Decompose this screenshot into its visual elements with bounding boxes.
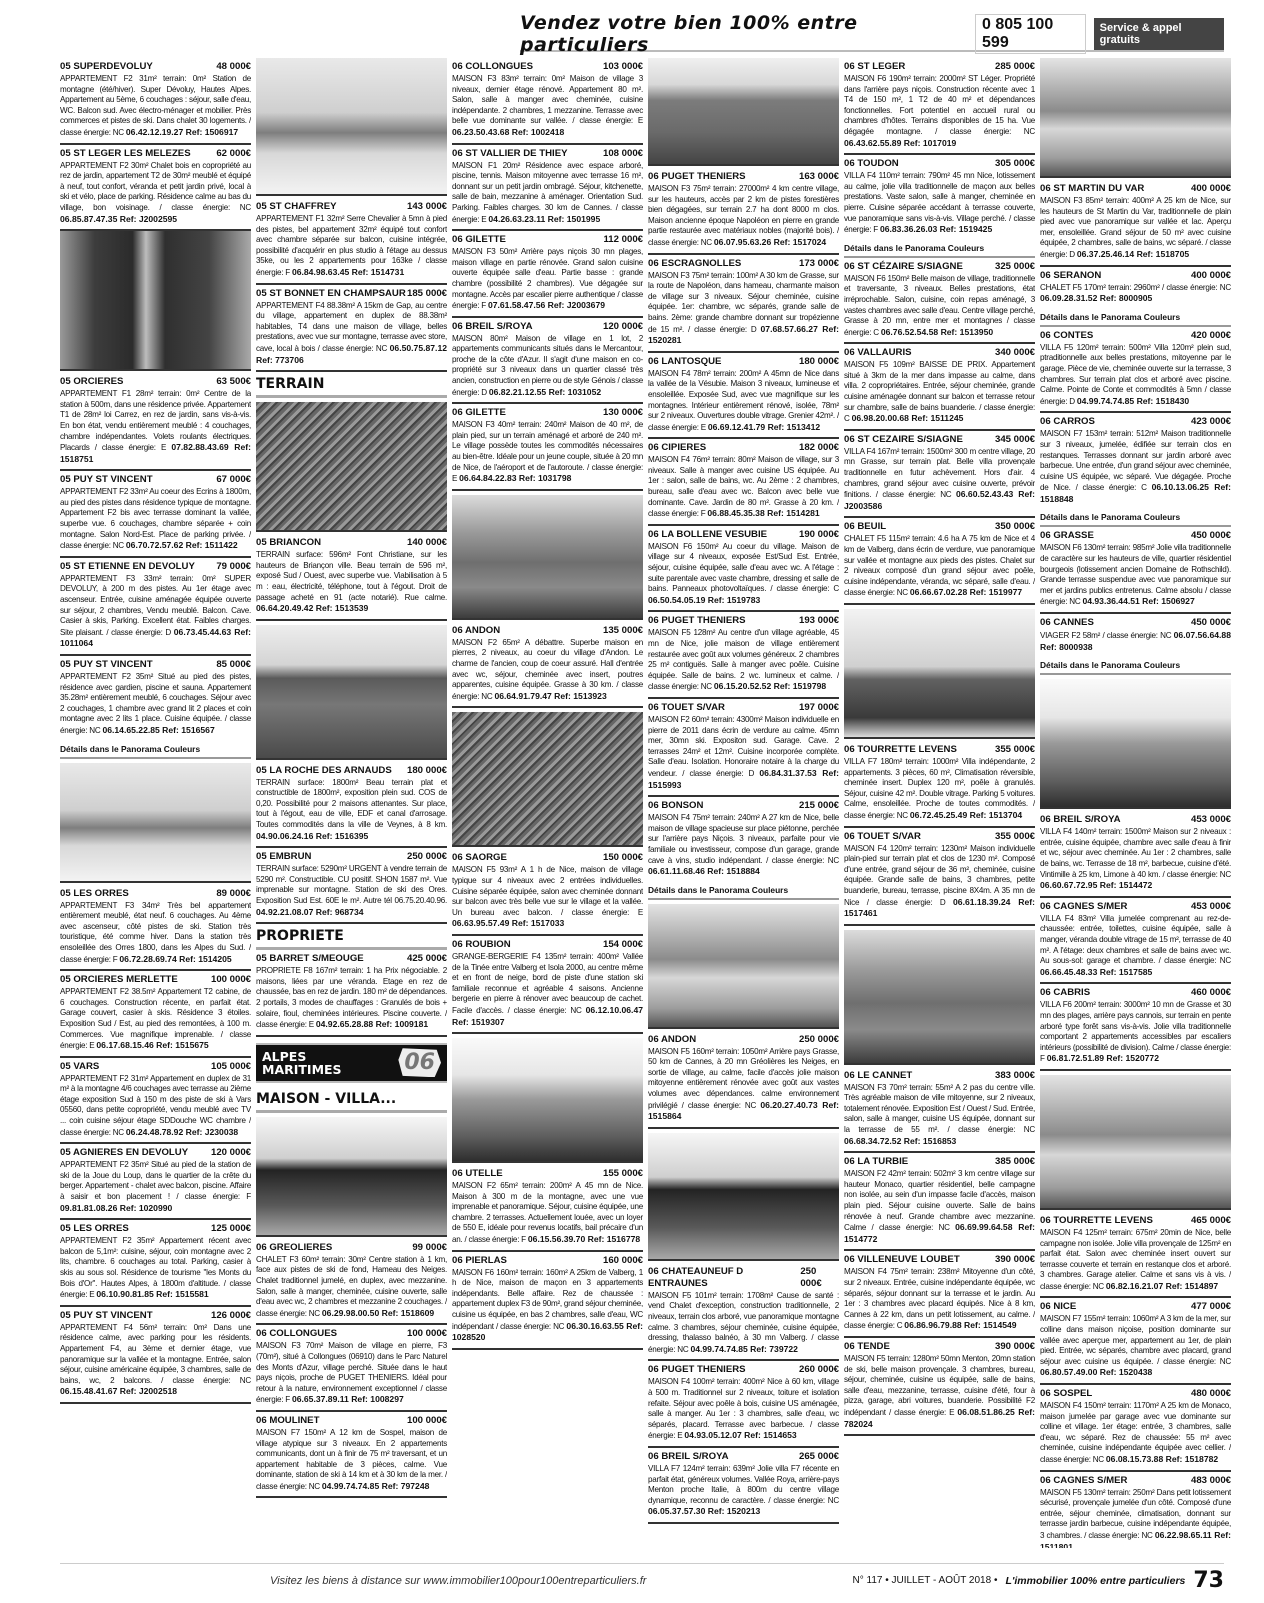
listing-contact: 04.93.05.12.07 Ref: 1514653	[684, 1430, 796, 1440]
listing-title: 05 BRIANCON	[256, 537, 321, 549]
listing-price: 215 000€	[799, 800, 839, 812]
listing[interactable]: 06 VALLAURIS340 000€MAISON F5 109m² BAIS…	[844, 344, 1035, 431]
listing-price: 140 000€	[407, 537, 447, 549]
listing[interactable]: 06 CHATEAUNEUF D ENTRAUNES250 000€MAISON…	[648, 1263, 839, 1362]
listing[interactable]: 06 PUGET THENIERS260 000€MAISON F4 100m²…	[648, 1361, 839, 1448]
listing-title: 06 CARROS	[1040, 416, 1095, 428]
listing-title: 06 TOURRETTE LEVENS	[1040, 1215, 1153, 1227]
listing-contact: 04.93.36.44.51 Ref: 1506927	[1082, 596, 1194, 606]
listing-title: 05 LES ORRES	[60, 1223, 129, 1235]
listing-title: 06 PIERLAS	[452, 1255, 507, 1267]
listing-title: 06 TOUET S/VAR	[844, 831, 921, 843]
listing-title: 06 BREIL S/ROYA	[1040, 814, 1121, 826]
listing-price: 477 000€	[1191, 1301, 1231, 1313]
listing-title: 06 ST CÉZAIRE S/SIAGNE	[844, 261, 963, 273]
listing[interactable]: 06 LA BOLLENE VESUBIE190 000€MAISON F6 1…	[648, 526, 839, 613]
listing-contact: 06.08.15.73.88 Ref: 1518782	[1106, 1454, 1218, 1464]
region-number: 06	[404, 1050, 435, 1075]
listing[interactable]: 06 BREIL S/ROYA453 000€VILLA F4 140m² te…	[1040, 811, 1231, 898]
listing[interactable]: 06 GREOLIERES99 000€CHALET F3 60m² terra…	[256, 1239, 447, 1326]
footer-issue: N° 117 • JUILLET - AOÛT 2018 •	[853, 1575, 998, 1586]
listing-photo-villa-pool	[1040, 58, 1231, 178]
details-panorama-note: Détails dans le Panorama Couleurs	[1040, 509, 1231, 527]
footer-brand: L'immobilier 100% entre particuliers	[1005, 1575, 1185, 1587]
listing[interactable]: 06 TOURRETTE LEVENS465 000€MAISON F4 125…	[1040, 1212, 1231, 1299]
listing-price: 143 000€	[407, 201, 447, 213]
listing-price: 355 000€	[995, 744, 1035, 756]
listing-title: 06 CIPIERES	[648, 442, 706, 454]
listing-description: MAISON F3 83m² terrain: 0m² Maison de vi…	[452, 74, 643, 125]
listing-price: 190 000€	[799, 529, 839, 541]
listing-price: 453 000€	[1191, 814, 1231, 826]
listing-title: 06 BONSON	[648, 800, 703, 812]
listing-price: 480 000€	[1191, 1388, 1231, 1400]
listing-title: 06 PUGET THENIERS	[648, 1364, 746, 1376]
listing[interactable]: 06 NICE477 000€MAISON F7 155m² terrain: …	[1040, 1298, 1231, 1385]
listing[interactable]: 05 LES ORRES89 000€APPARTEMENT F3 34m² T…	[60, 885, 251, 972]
listing-price: 260 000€	[799, 1364, 839, 1376]
listing-price: 193 000€	[799, 615, 839, 627]
listing-contact: 06.83.36.26.03 Ref: 1519425	[880, 224, 992, 234]
listing-description: MAISON F6 150m² Au coeur du village. Mai…	[648, 542, 839, 593]
listing-contact: 06.70.72.57.62 Ref: 1511422	[126, 540, 238, 550]
listing-contact: 06.07.95.63.26 Ref: 1517024	[714, 237, 826, 247]
listing-photo-white-villa	[1040, 1075, 1231, 1210]
listing[interactable]: 06 PUGET THENIERS163 000€MAISON F3 75m² …	[648, 168, 839, 255]
listing-contact: 06.86.96.79.88 Ref: 1514549	[904, 1320, 1016, 1330]
listing-title: 06 ANDON	[648, 1034, 696, 1046]
listing-price: 67 000€	[216, 474, 251, 486]
region-banner-line1: ALPES	[262, 1050, 342, 1063]
page-footer: Visitez les biens à distance sur www.imm…	[60, 1563, 1224, 1593]
listing-title: 05 PUY ST VINCENT	[60, 659, 153, 671]
listing[interactable]: 06 ST CÉZAIRE S/SIAGNE325 000€MAISON F6 …	[844, 258, 1035, 345]
listing[interactable]: 06 ST LEGER285 000€MAISON F6 190m² terra…	[844, 58, 1035, 155]
listing-photo-building-snow	[256, 58, 447, 196]
listing-description: MAISON F4 75m² terrain: 240m² A 27 km de…	[648, 813, 839, 864]
listing-title: 05 ST ETIENNE EN DEVOLUY	[60, 561, 195, 573]
listing[interactable]: 05 BRIANCON140 000€TERRAIN surface: 596m…	[256, 534, 447, 621]
listing-contact: 06.81.72.51.89 Ref: 1520772	[1047, 1053, 1159, 1063]
listing-price: 63 500€	[216, 376, 251, 388]
listing-photo-garden	[452, 1038, 643, 1163]
listing[interactable]: 06 GILETTE130 000€MAISON F3 40m² terrain…	[452, 404, 643, 491]
listing-title: 05 ST CHAFFREY	[256, 201, 337, 213]
listing-price: 155 000€	[603, 1168, 643, 1180]
listing[interactable]: 06 SOSPEL480 000€MAISON F4 150m² terrain…	[1040, 1385, 1231, 1472]
listing[interactable]: 05 ST LEGER LES MELEZES62 000€APPARTEMEN…	[60, 145, 251, 232]
listing-price: 163 000€	[799, 171, 839, 183]
listing-contact: 06.65.37.89.11 Ref: 1008297	[292, 1394, 404, 1404]
listing-price: 483 000€	[1191, 1475, 1231, 1487]
listing-price: 465 000€	[1191, 1215, 1231, 1227]
listing[interactable]: 06 PIERLAS160 000€MAISON F6 160m² terrai…	[452, 1252, 643, 1350]
listing-price: 450 000€	[1191, 530, 1231, 542]
listing-contact: 06.72.28.69.74 Ref: 1514205	[119, 954, 231, 964]
listing-description: MAISON F3 70m² terrain: 55m² A 2 pas du …	[844, 1083, 1035, 1134]
listing[interactable]: 06 ANDON250 000€MAISON F5 160m² terrain:…	[648, 1031, 839, 1129]
listing-title: 06 SAORGE	[452, 852, 507, 864]
page-header: Vendez votre bien 100% entre particulier…	[520, 22, 1224, 52]
listing[interactable]: 05 LES ORRES125 000€APPARTEMENT F2 35m² …	[60, 1220, 251, 1307]
details-panorama-note: Détails dans le Panorama Couleurs	[1040, 309, 1231, 327]
listing-title: 06 TOUET S/VAR	[648, 702, 725, 714]
listing-title: 05 PUY ST VINCENT	[60, 1310, 153, 1322]
listing-price: 100 000€	[407, 1328, 447, 1340]
listing[interactable]: 06 ST CEZAIRE S/SIAGNE345 000€VILLA F4 1…	[844, 431, 1035, 519]
listing[interactable]: 06 CAGNES S/MER483 000€MAISON F5 130m² t…	[1040, 1472, 1231, 1548]
listing-contact: 06.76.52.54.58 Ref: 1513950	[881, 327, 993, 337]
listing-title: 06 UTELLE	[452, 1168, 503, 1180]
listing-title: 05 BARRET S/MEOUGE	[256, 953, 364, 965]
listing[interactable]: 06 LANTOSQUE180 000€MAISON F4 78m² terra…	[648, 353, 839, 440]
listing-title: 06 ST LEGER	[844, 61, 905, 73]
listing-contact: 06.82.16.21.07 Ref: 1514897	[1106, 1281, 1218, 1291]
listing[interactable]: 06 SAORGE150 000€MAISON F5 93m² A 1 h de…	[452, 849, 643, 936]
listing-price: 390 000€	[995, 1254, 1035, 1266]
listing-contact: 04.99.74.74.85 Ref: 797248	[322, 1481, 430, 1491]
listing-contact: 06.64.84.22.83 Ref: 1031798	[459, 473, 571, 483]
listing[interactable]: 06 ESCRAGNOLLES173 000€MAISON F3 75m² te…	[648, 255, 839, 353]
listing-description: CHALET F5 170m² terrain: 2960m² / classe…	[1040, 283, 1231, 292]
listing-contact: 06.17.68.15.46 Ref: 1515675	[96, 1040, 208, 1050]
listing[interactable]: 06 TOURRETTE LEVENS355 000€VILLA F7 180m…	[844, 741, 1035, 828]
listing-contact: 06.43.62.55.89 Ref: 1017019	[844, 138, 956, 148]
listing-contact: 06.66.67.02.28 Ref: 1519977	[910, 587, 1022, 597]
listing[interactable]: 06 BREIL S/ROYA120 000€MAISON 80m² Maiso…	[452, 318, 643, 405]
listing-title: 05 SUPERDEVOLUY	[60, 61, 153, 73]
listing-price: 197 000€	[799, 702, 839, 714]
listing-contact: 06.72.45.25.49 Ref: 1513704	[910, 810, 1022, 820]
listing-contact: 06.09.28.31.52 Ref: 8000905	[1040, 293, 1152, 303]
listing-price: 305 000€	[995, 158, 1035, 170]
listing-title: 06 CHATEAUNEUF D ENTRAUNES	[648, 1266, 800, 1290]
listing[interactable]: 06 CABRIS460 000€VILLA F6 200m² terrain:…	[1040, 984, 1231, 1071]
listing[interactable]: 06 UTELLE155 000€MAISON F2 65m² terrain:…	[452, 1165, 643, 1252]
listing-contact: 04.26.63.23.11 Ref: 1501995	[488, 214, 600, 224]
listing-photo-mountain	[648, 58, 839, 166]
listing[interactable]: 06 LA TURBIE385 000€MAISON F2 42m² terra…	[844, 1153, 1035, 1251]
column-5: 06 ST LEGER285 000€MAISON F6 190m² terra…	[844, 58, 1035, 1548]
listing-title: 06 GILETTE	[452, 407, 506, 419]
listing-description: VILLA F7 124m² terrain: 639m² Jolie vill…	[648, 1464, 839, 1505]
listing-price: 154 000€	[603, 939, 643, 951]
listing-price: 180 000€	[407, 765, 447, 777]
listing-description: MAISON F6 190m² terrain: 2000m² ST Léger…	[844, 74, 1035, 136]
listing[interactable]: 06 LE CANNET383 000€MAISON F3 70m² terra…	[844, 1067, 1035, 1154]
listing-price: 390 000€	[995, 1341, 1035, 1353]
listing[interactable]: 05 SUPERDEVOLUY48 000€APPARTEMENT F2 31m…	[60, 58, 251, 145]
listing-title: 06 BEUIL	[844, 521, 886, 533]
listing-title: 06 MOULINET	[256, 1415, 319, 1427]
listing[interactable]: 06 COLLONGUES103 000€MAISON F3 83m² terr…	[452, 58, 643, 145]
listing-photo-stone-house	[452, 495, 643, 620]
listing-title: 06 ST MARTIN DU VAR	[1040, 183, 1144, 195]
listing-price: 460 000€	[1191, 987, 1231, 999]
listing[interactable]: 05 ORCIERES63 500€APPARTEMENT F1 28m² te…	[60, 373, 251, 471]
listing[interactable]: 06 CANNES450 000€VIAGER F2 58m² / classe…	[1040, 614, 1231, 657]
listing-description: APPARTEMENT F2 35m² Situé au pied de la …	[60, 1160, 251, 1201]
listing-title: 06 BREIL S/ROYA	[452, 321, 533, 333]
listing-price: 100 000€	[407, 1415, 447, 1427]
listing-price: 420 000€	[1191, 330, 1231, 342]
listing-photo-house-trees	[1040, 679, 1231, 809]
section-heading-maison-villa: MAISON - VILLA...	[256, 1087, 447, 1113]
listing-title: 06 GRASSE	[1040, 530, 1094, 542]
listing-description: TERRAIN surface: 5290m² URGENT à vendre …	[256, 864, 447, 905]
details-panorama-note: Détails dans le Panorama Couleurs	[60, 741, 251, 759]
listing-contact: 07.61.58.47.56 Ref: J2003679	[488, 300, 605, 310]
listing-title: 06 VALLAURIS	[844, 347, 912, 359]
listing-title: 06 ROUBION	[452, 939, 511, 951]
listing[interactable]: 06 SERANON400 000€CHALET F5 170m² terrai…	[1040, 267, 1231, 309]
listing-price: 355 000€	[995, 831, 1035, 843]
listing-description: MAISON F5 93m² A 1 h de Nice, maison de …	[452, 865, 643, 916]
listing-title: 05 AGNIERES EN DEVOLUY	[60, 1147, 188, 1159]
listing-contact: 04.92.65.28.88 Ref: 1009181	[316, 1019, 428, 1029]
listing[interactable]: 06 TOUET S/VAR355 000€MAISON F4 120m² te…	[844, 828, 1035, 926]
listing[interactable]: 06 CAGNES S/MER453 000€VILLA F4 83m² Vil…	[1040, 898, 1231, 985]
listing-title: 06 CAGNES S/MER	[1040, 901, 1127, 913]
listing-contact: 06.64.91.79.47 Ref: 1513923	[494, 691, 606, 701]
listing[interactable]: 06 BEUIL350 000€CHALET F5 115m² terrain:…	[844, 518, 1035, 605]
listing[interactable]: 06 TOUET S/VAR197 000€MAISON F2 60m² ter…	[648, 699, 839, 797]
region-banner-line2: MARITIMES	[262, 1063, 342, 1076]
listing-price: 250 000€	[800, 1266, 839, 1290]
listing-price: 182 000€	[799, 442, 839, 454]
listing-price: 125 000€	[211, 1223, 251, 1235]
listing[interactable]: 06 BREIL S/ROYA265 000€VILLA F7 124m² te…	[648, 1448, 839, 1524]
service-badge: Service & appel gratuits	[1094, 18, 1224, 50]
listing-title: 05 ST LEGER LES MELEZES	[60, 148, 191, 160]
listing-title: 06 BREIL S/ROYA	[648, 1451, 729, 1463]
listing-contact: 04.99.74.74.85 Ref: 739722	[690, 1344, 798, 1354]
listing-contact: 06.61.11.68.46 Ref: 1518884	[648, 866, 760, 876]
column-3: 06 COLLONGUES103 000€MAISON F3 83m² terr…	[452, 58, 643, 1548]
listing-photo-aerial-town	[256, 402, 447, 532]
listing-contact: 09.81.81.08.26 Ref: 1020990	[60, 1203, 172, 1213]
listing-title: 06 TOUDON	[844, 158, 899, 170]
listing[interactable]: 05 ST BONNET EN CHAMPSAUR185 000€APPARTE…	[256, 285, 447, 373]
listing-contact: 06.15.56.39.70 Ref: 1516778	[528, 1234, 640, 1244]
listing-title: 06 TOURRETTE LEVENS	[844, 744, 957, 756]
listing-price: 48 000€	[216, 61, 251, 73]
listing-title: 06 CABRIS	[1040, 987, 1090, 999]
listing-title: 06 PUGET THENIERS	[648, 615, 746, 627]
section-heading-terrain: TERRAIN	[256, 372, 447, 398]
listing-title: 05 LES ORRES	[60, 888, 129, 900]
header-slogan: Vendez votre bien 100% entre particulier…	[520, 12, 967, 56]
listing-title: 06 TENDE	[844, 1341, 890, 1353]
listing[interactable]: 05 PUY ST VINCENT126 000€APPARTEMENT F4 …	[60, 1307, 251, 1404]
listing-price: 103 000€	[603, 61, 643, 73]
listing-price: 108 000€	[603, 148, 643, 160]
listing-contact: 06.10.90.81.85 Ref: 1515581	[96, 1289, 208, 1299]
section-heading-propriete: PROPRIETE	[256, 924, 447, 950]
listing[interactable]: 06 ST VALLIER DE THIEY108 000€MAISON F1 …	[452, 145, 643, 232]
listing-title: 06 LANTOSQUE	[648, 356, 721, 368]
listing-title: 05 ST BONNET EN CHAMPSAUR	[256, 288, 406, 300]
listing[interactable]: 06 GILETTE112 000€MAISON F3 50m² Arrière…	[452, 231, 643, 318]
listing-price: 85 000€	[216, 659, 251, 671]
listing-photo-wooden-chalet	[648, 1133, 839, 1261]
listing-price: 400 000€	[1191, 183, 1231, 195]
listing-contact: 06.50.54.05.19 Ref: 1519783	[648, 595, 760, 605]
listing-price: 340 000€	[995, 347, 1035, 359]
listing-title: 06 ST CEZAIRE S/SIAGNE	[844, 434, 963, 446]
listing-photo-hillside-village	[452, 712, 643, 847]
listing-contact: 06.84.98.63.45 Ref: 1514731	[292, 267, 404, 277]
listing-contact: 04.90.06.24.16 Ref: 1516395	[256, 831, 368, 841]
listing-contact: 06.29.98.00.50 Ref: 1518609	[322, 1308, 434, 1318]
listing-price: 79 000€	[216, 561, 251, 573]
listing-title: 06 GILETTE	[452, 234, 506, 246]
listing-contact: 06.42.12.19.27 Ref: 1506917	[126, 127, 238, 137]
listing[interactable]: 06 MOULINET100 000€MAISON F7 150m² A 12 …	[256, 1412, 447, 1499]
listing-contact: 06.23.50.43.68 Ref: 1002418	[452, 127, 564, 137]
listing-contact: 06.15.48.41.67 Ref: J2002518	[60, 1386, 177, 1396]
listing[interactable]: 06 CIPIERES182 000€MAISON F4 76m² terrai…	[648, 439, 839, 526]
listing-contact: 06.05.37.57.30 Ref: 1520213	[648, 1506, 760, 1516]
listing-title: 06 ANDON	[452, 625, 500, 637]
listing[interactable]: 06 TOUDON305 000€VILLA F4 110m² terrain:…	[844, 155, 1035, 240]
header-phone[interactable]: 0 805 100 599	[975, 14, 1086, 54]
listing-description: VILLA F4 83m² Villa jumelée comprenant a…	[1040, 914, 1231, 965]
column-2: 05 ST CHAFFREY143 000€APPARTEMENT F1 32m…	[256, 58, 447, 1548]
listing-price: 112 000€	[604, 234, 644, 246]
listing-price: 185 000€	[407, 288, 447, 300]
listing[interactable]: 05 AGNIERES EN DEVOLUY120 000€APPARTEMEN…	[60, 1144, 251, 1220]
listing-description: TERRAIN surface: 1800m² Beau terrain pla…	[256, 778, 447, 829]
listing-price: 285 000€	[995, 61, 1035, 73]
listing-title: 06 SOSPEL	[1040, 1388, 1092, 1400]
listing-contact: 06.63.95.57.49 Ref: 1517033	[452, 918, 564, 928]
listing[interactable]: 05 VARS105 000€APPARTEMENT F2 31m² Appar…	[60, 1058, 251, 1145]
listing-photo-ski-resort	[60, 763, 251, 883]
listing-contact: 04.99.74.74.85 Ref: 1518430	[1077, 396, 1189, 406]
listing-contact: 04.92.21.08.07 Ref: 968734	[256, 907, 364, 917]
listing[interactable]: 06 ST MARTIN DU VAR400 000€MAISON F3 85m…	[1040, 180, 1231, 267]
listing-title: 06 CONTES	[1040, 330, 1093, 342]
details-panorama-note: Détails dans le Panorama Couleurs	[648, 882, 839, 900]
listing-price: 180 000€	[799, 356, 839, 368]
listing-contact: 06.85.87.47.35 Ref: J2002595	[60, 214, 177, 224]
listing-price: 89 000€	[216, 888, 251, 900]
listing-contact: 06.24.48.78.92 Ref: J230038	[126, 1127, 238, 1137]
listing-title: 06 ESCRAGNOLLES	[648, 258, 741, 270]
listing-contact: 06.37.25.46.14 Ref: 1518705	[1077, 249, 1189, 259]
listing[interactable]: 06 ROUBION154 000€GRANGE-BERGERIE F4 135…	[452, 936, 643, 1034]
listing[interactable]: 06 CARROS423 000€MAISON F7 153m² terrain…	[1040, 413, 1231, 509]
listing-title: 06 COLLONGUES	[256, 1328, 337, 1340]
listing[interactable]: 05 ST ETIENNE EN DEVOLUY79 000€APPARTEME…	[60, 558, 251, 656]
listing-title: 06 CANNES	[1040, 617, 1094, 629]
listing-title: 06 LA BOLLENE VESUBIE	[648, 529, 767, 541]
listing[interactable]: 06 PUGET THENIERS193 000€MAISON F5 128m²…	[648, 612, 839, 699]
listing[interactable]: 05 BARRET S/MEOUGE425 000€PROPRIETE F8 1…	[256, 950, 447, 1037]
listing[interactable]: 05 ORCIERES MERLETTE100 000€APPARTEMENT …	[60, 971, 251, 1058]
listing-price: 250 000€	[799, 1034, 839, 1046]
listing-title: 05 ORCIERES MERLETTE	[60, 974, 178, 986]
listing-contact: 06.69.12.41.79 Ref: 1513412	[708, 422, 820, 432]
listing-title: 06 GREOLIERES	[256, 1242, 332, 1254]
listing-description: MAISON F7 155m² terrain: 1060m² A 3 km d…	[1040, 1314, 1231, 1365]
listing-title: 06 COLLONGUES	[452, 61, 533, 73]
listing[interactable]: 06 CONTES420 000€VILLA F5 120m² terrain:…	[1040, 327, 1231, 414]
france-map-icon: 06	[398, 1048, 441, 1077]
listing-price: 250 000€	[407, 851, 447, 863]
listing-title: 06 VILLENEUVE LOUBET	[844, 1254, 960, 1266]
listing[interactable]: 05 PUY ST VINCENT67 000€APPARTEMENT F2 3…	[60, 471, 251, 558]
listing[interactable]: 06 TENDE390 000€MAISON F5 terrain: 1280m…	[844, 1338, 1035, 1436]
listing[interactable]: 05 ST CHAFFREY143 000€APPARTEMENT F1 32m…	[256, 198, 447, 285]
listing-price: 383 000€	[995, 1070, 1035, 1082]
listing[interactable]: 06 BONSON215 000€MAISON F4 75m² terrain:…	[648, 797, 839, 882]
column-4: 06 PUGET THENIERS163 000€MAISON F3 75m² …	[648, 58, 839, 1548]
listing-photo-chalet	[256, 1117, 447, 1237]
listing-price: 100 000€	[211, 974, 251, 986]
listing-price: 425 000€	[407, 953, 447, 965]
listing-price: 120 000€	[603, 321, 643, 333]
listing-price: 350 000€	[995, 521, 1035, 533]
listing-photo-apartment-door	[60, 231, 251, 371]
listing-price: 135 000€	[603, 625, 643, 637]
listing-photo-village-house	[648, 904, 839, 1029]
listing-description: APPARTEMENT F4 56m² terrain: 0m² Dans un…	[60, 1323, 251, 1385]
listing-price: 400 000€	[1191, 270, 1231, 282]
listing-contact: 06.88.45.35.38 Ref: 1514281	[707, 508, 819, 518]
footer-website[interactable]: Visitez les biens à distance sur www.imm…	[270, 1575, 646, 1587]
listing[interactable]: 06 GRASSE450 000€MAISON F6 130m² terrain…	[1040, 527, 1231, 614]
listing-contact: 06.66.45.48.33 Ref: 1517585	[1040, 967, 1152, 977]
listing-title: 06 LA TURBIE	[844, 1156, 908, 1168]
listing-contact: 06.14.65.22.85 Ref: 1516567	[102, 725, 214, 735]
listing[interactable]: 06 COLLONGUES100 000€MAISON F3 70m² Mais…	[256, 1325, 447, 1412]
listing-price: 173 000€	[799, 258, 839, 270]
listing[interactable]: 05 PUY ST VINCENT85 000€APPARTEMENT F2 3…	[60, 656, 251, 741]
listing[interactable]: 06 ANDON135 000€MAISON F2 65m² A débattr…	[452, 622, 643, 709]
listing-title: 05 LA ROCHE DES ARNAUDS	[256, 765, 392, 777]
listing-photo-interior	[844, 609, 1035, 739]
listing-photo-field	[256, 625, 447, 760]
listing[interactable]: 05 LA ROCHE DES ARNAUDS180 000€TERRAIN s…	[256, 762, 447, 849]
listing-price: 325 000€	[995, 261, 1035, 273]
listing[interactable]: 05 EMBRUN250 000€TERRAIN surface: 5290m²…	[256, 848, 447, 924]
listing-price: 120 000€	[211, 1147, 251, 1159]
listing-contact: 06.98.20.00.68 Ref: 1511245	[852, 413, 964, 423]
listing-contact: 06.82.21.12.55 Ref: 1031052	[489, 387, 601, 397]
listing-contact: 06.60.67.72.95 Ref: 1514472	[1040, 880, 1152, 890]
listing-contact: 06.15.20.52.52 Ref: 1519798	[714, 681, 826, 691]
listing-price: 160 000€	[603, 1255, 643, 1267]
listing-photo-provencal-house	[844, 930, 1035, 1065]
listing-price: 99 000€	[412, 1242, 447, 1254]
listing-title: 05 PUY ST VINCENT	[60, 474, 153, 486]
listing-title: 06 SERANON	[1040, 270, 1101, 282]
listing-title: 05 VARS	[60, 1061, 99, 1073]
listing-price: 265 000€	[799, 1451, 839, 1463]
listing[interactable]: 06 VILLENEUVE LOUBET390 000€MAISON F4 75…	[844, 1251, 1035, 1338]
details-panorama-note: Détails dans le Panorama Couleurs	[844, 240, 1035, 258]
listing-price: 345 000€	[995, 434, 1035, 446]
listing-contact: 06.80.57.49.00 Ref: 1520438	[1040, 1367, 1152, 1377]
listing-title: 05 EMBRUN	[256, 851, 311, 863]
page-number: 73	[1193, 1568, 1224, 1593]
column-6: 06 ST MARTIN DU VAR400 000€MAISON F3 85m…	[1040, 58, 1231, 1548]
listing-price: 385 000€	[995, 1156, 1035, 1168]
listing-description: APPARTEMENT F2 30m² Chalet bois en copro…	[60, 161, 251, 212]
listing-title: 06 PUGET THENIERS	[648, 171, 746, 183]
